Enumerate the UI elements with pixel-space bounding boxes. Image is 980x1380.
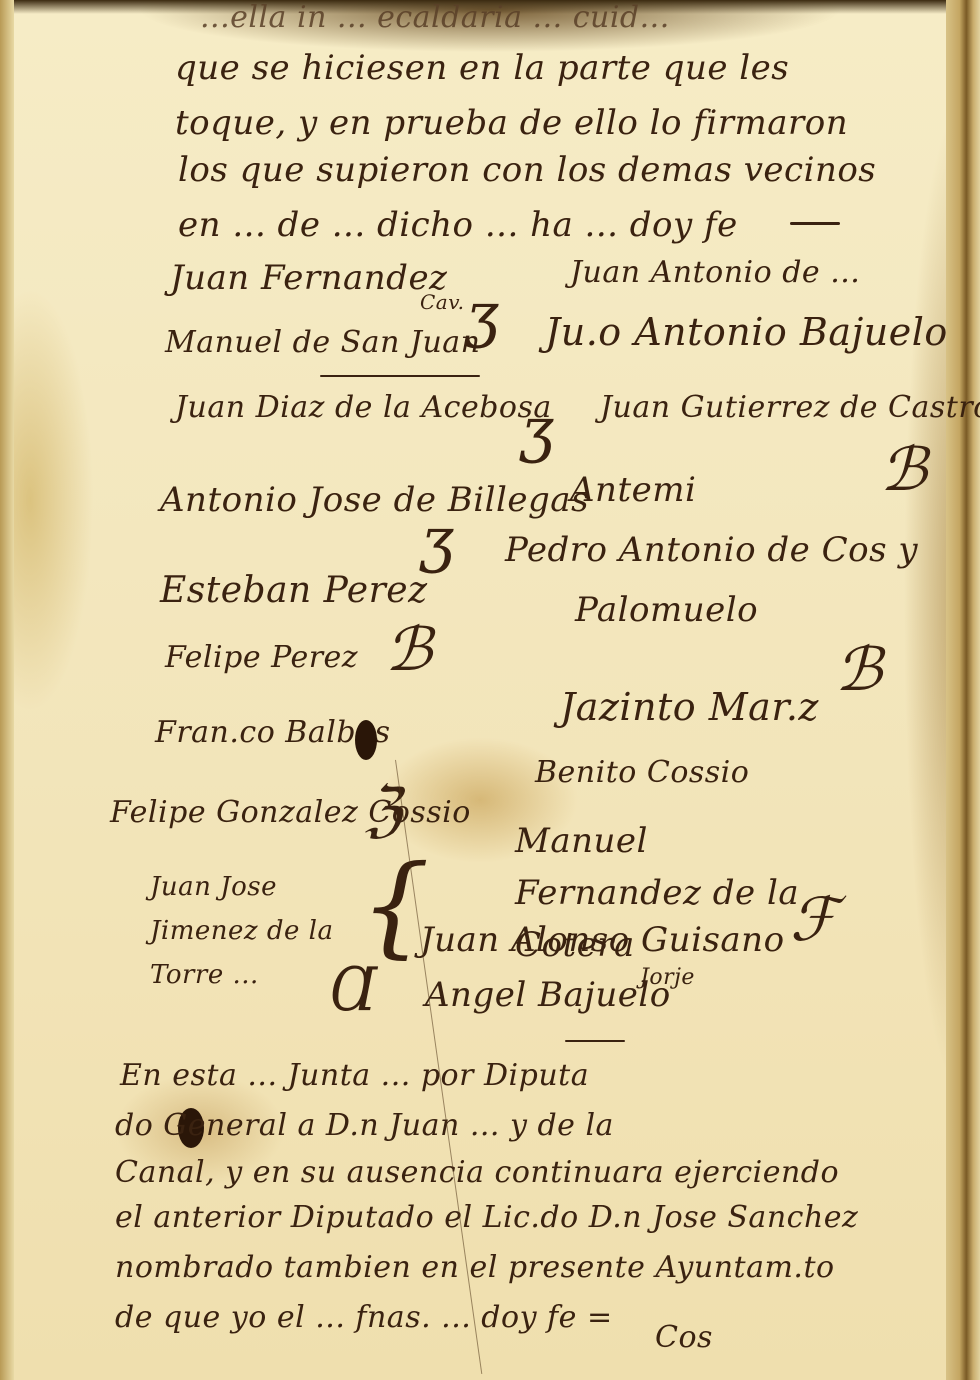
ink-blot-1 (355, 720, 377, 760)
footer-line-6: de que yo el ... fnas. ... doy fe = (115, 1300, 613, 1335)
signature-juan-fernandez: Juan Fernandez (170, 258, 447, 298)
signature-manuel-de-san-juan: Manuel de San Juan (165, 325, 480, 360)
signature-angel-bajuelo: Angel Bajuelo (425, 975, 671, 1015)
signature-antemi: Antemi (570, 470, 696, 510)
rubric-flourish-4: ℬ (385, 620, 432, 680)
rubric-flourish-2: ʒ (520, 400, 554, 460)
signature-benito-cossio: Benito Cossio (535, 755, 749, 790)
rubric-flourish-8: ℱ (790, 890, 837, 950)
signature-pedro-antonio-de-cos: Pedro Antonio de Cos y (505, 530, 918, 570)
signature-palomuelo: Palomuelo (575, 590, 758, 630)
footer-line-5: nombrado tambien en el presente Ayuntam.… (115, 1250, 835, 1285)
underline-rule (320, 375, 480, 377)
rubric-flourish-7: ℬ (835, 640, 882, 700)
rubric-flourish-9: Ɑ (330, 960, 377, 1020)
page-left-edge (0, 0, 14, 1380)
signature-esteban-perez: Esteban Perez (160, 570, 428, 611)
header-line-3: toque, y en prueba de ello lo firmaron (175, 103, 848, 143)
annotation-cav: Cav. (420, 290, 465, 314)
footer-line-3: Canal, y en su ausencia continuara ejerc… (115, 1155, 839, 1190)
page-binding-fold (946, 0, 980, 1380)
footer-signature-cos: Cos (655, 1320, 713, 1355)
header-end-rule (790, 222, 840, 225)
signature-juan-alonso-guisano: Juan Alonso Guisano (420, 920, 785, 960)
signature-juan-antonio-bajuelo: Ju.o Antonio Bajuelo (545, 310, 948, 354)
header-line-4: los que supieron con los demas vecinos (178, 150, 876, 190)
header-line-5: en ... de ... dicho ... ha ... doy fe (178, 205, 738, 245)
header-line-2: que se hiciesen en la parte que les (175, 48, 789, 88)
rubric-flourish-5: ℨ (365, 780, 402, 840)
signature-jazinto-martinez: Jazinto Mar.z (560, 685, 819, 729)
signature-antonio-jose-de-billegas: Antonio Jose de Billegas (160, 480, 589, 520)
signature-felipe-perez: Felipe Perez (165, 640, 358, 675)
rubric-flourish-1: ʒ (465, 285, 499, 345)
footer-line-1: En esta ... Junta ... por Diputa (120, 1058, 589, 1093)
footer-line-2: do General a D.n Juan ... y de la (115, 1108, 614, 1143)
manuscript-page: ...ella in ... ecaldaria ... cuid... que… (0, 0, 980, 1380)
rubric-flourish-6: ℬ (880, 440, 927, 500)
rubric-flourish-3: ʒ (420, 510, 454, 570)
header-line-1: ...ella in ... ecaldaria ... cuid... (200, 0, 670, 35)
signature-juan-antonio-de: Juan Antonio de ... (570, 255, 860, 290)
footer-line-4: el anterior Diputado el Lic.do D.n Jose … (115, 1200, 858, 1235)
signature-end-rule (565, 1040, 625, 1042)
signature-jorje: Jorje (640, 965, 695, 990)
signature-juan-gutierrez-de-castro: Juan Gutierrez de Castro (600, 390, 980, 425)
signature-juan-diaz-de-la-acebosa: Juan Diaz de la Acebosa (175, 390, 552, 425)
signature-felipe-gonzalez-cossio: Felipe Gonzalez Cossio (110, 795, 471, 830)
